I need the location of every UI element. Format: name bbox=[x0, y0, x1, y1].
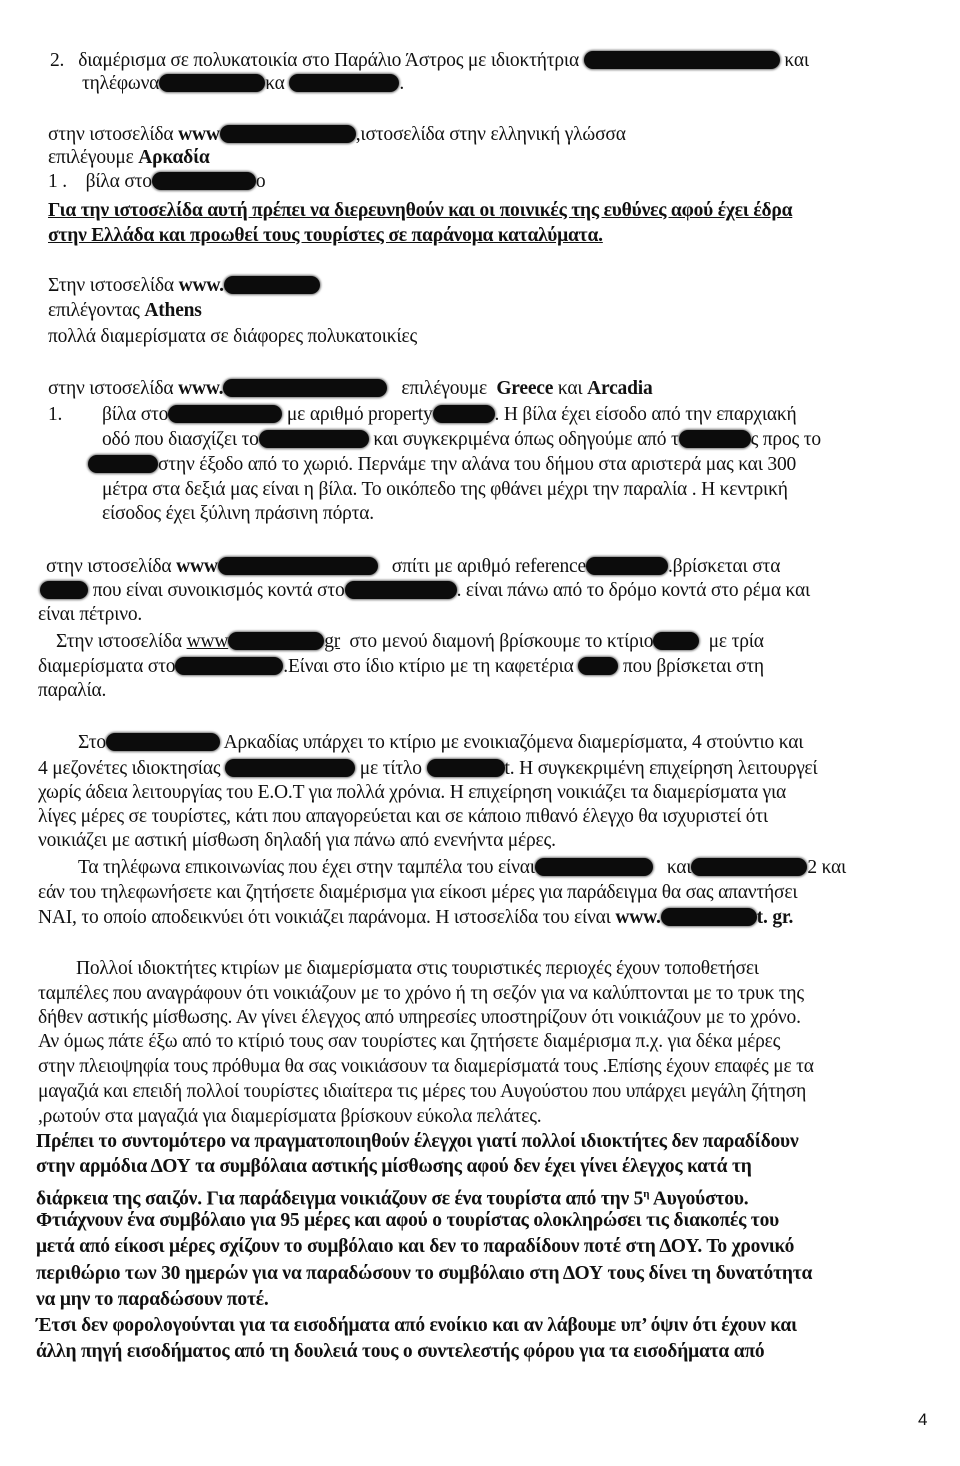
text: στην ιστοσελίδα bbox=[48, 124, 173, 145]
text: .Είναι στο ίδιο κτίριο με τη καφετέρια bbox=[283, 656, 573, 677]
list-number: 2. bbox=[50, 50, 64, 71]
redaction bbox=[218, 557, 378, 575]
text: οδό που διασχίζει το bbox=[102, 429, 259, 450]
building-para-line-4: λίγες μέρες σε τουρίστες, κάτι που απαγο… bbox=[38, 806, 768, 828]
redaction bbox=[433, 405, 495, 423]
site-3-item-line-1: βίλα στο με αριθμό property. Η βίλα έχει… bbox=[102, 404, 797, 426]
text: Αρκαδίας υπάρχει το κτίριο με ενοικιαζόμ… bbox=[224, 732, 804, 753]
site-1-line-1: στην ιστοσελίδα www,ιστοσελίδα στην ελλη… bbox=[48, 124, 626, 146]
owners-para-line-4: Αν όμως πάτε έξω από το κτίριό τους σαν … bbox=[38, 1031, 780, 1053]
redaction bbox=[427, 759, 505, 777]
site-3-item-line-2: οδό που διασχίζει το και συγκεκριμένα όπ… bbox=[102, 429, 821, 451]
site-2-line-2: επιλέγοντας Athens bbox=[48, 300, 202, 322]
text: και bbox=[558, 378, 583, 399]
text: 2 και bbox=[807, 857, 846, 878]
redaction bbox=[175, 657, 283, 675]
redaction bbox=[106, 733, 220, 751]
redaction bbox=[40, 581, 88, 599]
text: Τα τηλέφωνα επικοινωνίας που έχει στην τ… bbox=[78, 857, 535, 878]
building-para-line-1: Στο Αρκαδίας υπάρχει το κτίριο με ενοικι… bbox=[78, 732, 803, 754]
building-para-line-5: νοικιάζει με αστική μίσθωση δηλαδή για π… bbox=[38, 830, 556, 852]
warning-line-2: στην Ελλάδα και προωθεί τους τουρίστες σ… bbox=[48, 225, 603, 247]
redaction bbox=[88, 455, 158, 473]
text: που βρίσκεται στη bbox=[623, 656, 764, 677]
redaction bbox=[220, 125, 356, 143]
site-5-line-1: Στην ιστοσελίδα wwwgr στο μενού διαμονή … bbox=[56, 631, 764, 653]
bold-para-line-1: Πρέπει το συντομότερο να πραγματοποιηθού… bbox=[36, 1131, 798, 1153]
item-2-line-2: τηλέφωνακα . bbox=[82, 73, 404, 95]
text: στην ιστοσελίδα bbox=[48, 378, 173, 399]
country-name: Greece bbox=[496, 378, 553, 399]
website-prefix: www. bbox=[179, 275, 224, 296]
text: Στο bbox=[78, 732, 106, 753]
site-3-item-line-3: στην έξοδο από το χωριό. Περνάμε την αλά… bbox=[88, 454, 796, 476]
city-name: Athens bbox=[144, 300, 201, 321]
redaction bbox=[578, 657, 618, 675]
text: στο μενού διαμονή βρίσκουμε το κτίριο bbox=[349, 631, 653, 652]
text: ΝΑΙ, το οποίο αποδεικνύει ότι νοικιάζει … bbox=[38, 907, 611, 928]
site-1-item-1: 1 . βίλα στοο bbox=[48, 171, 265, 193]
text: με τίτλο bbox=[360, 758, 422, 779]
list-number: 1 . bbox=[48, 171, 67, 192]
text: στην ιστοσελίδα bbox=[46, 556, 171, 577]
website-prefix: www. bbox=[178, 378, 223, 399]
text: σπίτι με αριθμό reference bbox=[392, 556, 586, 577]
site-2-line-1: Στην ιστοσελίδα www. bbox=[48, 275, 320, 297]
website-prefix: www bbox=[176, 556, 218, 577]
bold-para-line-7: να μην το παραδώσουν ποτέ. bbox=[36, 1289, 269, 1311]
bold-para-line-3: διάρκεια της σαιζόν. Για παράδειγμα νοικ… bbox=[36, 1183, 748, 1211]
website-suffix: t. gr. bbox=[757, 907, 794, 928]
redaction bbox=[259, 430, 369, 448]
bold-para-line-8: Έτσι δεν φορολογούνται για τα εισοδήματα… bbox=[36, 1315, 797, 1337]
scanned-document-page: 2. διαμέρισμα σε πολυκατοικία στο Παράλι… bbox=[0, 0, 960, 1466]
text: ,ιστοσελίδα στην ελληνική γλώσσα bbox=[356, 124, 626, 145]
text: t. Η συγκεκριμένη επιχείρηση λειτουργεί bbox=[505, 758, 818, 779]
site-4-line-2: που είναι συνοικισμός κοντά στο. είναι π… bbox=[40, 580, 810, 602]
redaction bbox=[224, 276, 320, 294]
text: που είναι συνοικισμός κοντά στο bbox=[93, 580, 345, 601]
website-link-suffix[interactable]: gr bbox=[324, 631, 340, 652]
site-4-line-1: στην ιστοσελίδα www σπίτι με αριθμό refe… bbox=[46, 556, 780, 578]
redaction bbox=[653, 632, 699, 650]
bold-para-line-4: Φτιάχνουν ένα συμβόλαιο για 95 μέρες και… bbox=[36, 1210, 779, 1232]
text: και bbox=[667, 857, 692, 878]
site-3-line-1: στην ιστοσελίδα www. επιλέγουμε Greece κ… bbox=[48, 378, 653, 400]
redaction bbox=[345, 581, 457, 599]
redaction bbox=[691, 858, 807, 876]
redaction bbox=[159, 74, 265, 92]
text: και bbox=[784, 50, 809, 71]
text: με αριθμό property bbox=[287, 404, 433, 425]
owners-para-line-5: στην πλειοψηφία τους πρόθυμα θα σας νοικ… bbox=[38, 1056, 814, 1078]
warning-line-1: Για την ιστοσελίδα αυτή πρέπει να διερευ… bbox=[48, 200, 792, 222]
page-number: 4 bbox=[918, 1410, 927, 1430]
site-2-line-3: πολλά διαμερίσματα σε διάφορες πολυκατοι… bbox=[48, 326, 417, 348]
text: . Η βίλα έχει είσοδο από την επαρχιακή bbox=[495, 404, 797, 425]
text: Αυγούστου. bbox=[649, 1189, 748, 1210]
website-prefix: www. bbox=[615, 907, 660, 928]
region-name: Αρκαδία bbox=[138, 147, 209, 168]
building-para-line-7: εάν του τηλεφωνήσετε και ζητήσετε διαμέρ… bbox=[38, 882, 797, 904]
redaction bbox=[225, 759, 355, 777]
redaction bbox=[586, 557, 668, 575]
item-2-line-1: 2. διαμέρισμα σε πολυκατοικία στο Παράλι… bbox=[50, 50, 809, 72]
redaction bbox=[584, 51, 780, 69]
website-prefix: www bbox=[178, 124, 220, 145]
owners-para-line-3: δήθεν αστικής μίσθωσης. Αν γίνει έλεγχος… bbox=[38, 1007, 801, 1029]
text: Στην ιστοσελίδα bbox=[56, 631, 182, 652]
text: και συγκεκριμένα όπως οδηγούμε από τ bbox=[373, 429, 678, 450]
text: με τρία bbox=[709, 631, 764, 652]
redaction bbox=[152, 172, 256, 190]
bold-para-line-2: στην αρμόδια ΔΟΥ τα συμβόλαια αστικής μί… bbox=[36, 1156, 752, 1178]
text: επιλέγοντας bbox=[48, 300, 140, 321]
owners-para-line-2: ταμπέλες που αναγράφουν ότι νοικιάζουν μ… bbox=[38, 983, 804, 1005]
text: ς προς το bbox=[751, 429, 821, 450]
text: .βρίσκεται στα bbox=[668, 556, 780, 577]
text: στην έξοδο από το χωριό. Περνάμε την αλά… bbox=[158, 454, 796, 475]
redaction bbox=[168, 405, 282, 423]
site-5-line-3: παραλία. bbox=[38, 680, 106, 702]
building-para-line-6: Τα τηλέφωνα επικοινωνίας που έχει στην τ… bbox=[78, 857, 846, 879]
redaction bbox=[535, 858, 653, 876]
text: διαμέρισμα σε πολυκατοικία στο Παράλιο Ά… bbox=[78, 50, 579, 71]
owners-para-line-6: μαγαζιά και επειδή πολλοί τουρίστες ιδια… bbox=[38, 1081, 806, 1103]
redaction bbox=[289, 74, 399, 92]
text: βίλα στο bbox=[86, 171, 152, 192]
building-para-line-8: ΝΑΙ, το οποίο αποδεικνύει ότι νοικιάζει … bbox=[38, 907, 793, 929]
text: επιλέγουμε bbox=[48, 147, 134, 168]
owners-para-line-1: Πολλοί ιδιοκτήτες κτιρίων με διαμερίσματ… bbox=[76, 958, 759, 980]
building-para-line-3: χωρίς άδεια λειτουργίας του Ε.Ο.Τ για πο… bbox=[38, 782, 786, 804]
text: τηλέφωνα bbox=[82, 73, 159, 94]
bold-para-line-5: μετά από είκοσι μέρες σχίζουν το συμβόλα… bbox=[36, 1236, 794, 1258]
site-3-item-line-5: είσοδος έχει ξύλινη πράσινη πόρτα. bbox=[102, 503, 374, 525]
text: 4 μεζονέτες ιδιοκτησίας bbox=[38, 758, 220, 779]
redaction bbox=[679, 430, 751, 448]
building-para-line-2: 4 μεζονέτες ιδιοκτησίας με τίτλο t. Η συ… bbox=[38, 758, 817, 780]
text: διάρκεια της σαιζόν. Για παράδειγμα νοικ… bbox=[36, 1189, 643, 1210]
text: βίλα στο bbox=[102, 404, 168, 425]
redaction bbox=[223, 379, 387, 397]
bold-para-line-6: περιθώριο των 30 ημερών για να παραδώσου… bbox=[36, 1263, 812, 1285]
text: Στην ιστοσελίδα bbox=[48, 275, 174, 296]
text: κα bbox=[265, 73, 284, 94]
region-name: Arcadia bbox=[587, 378, 652, 399]
redaction bbox=[228, 632, 324, 650]
text: επιλέγουμε bbox=[401, 378, 487, 399]
site-4-line-3: είναι πέτρινο. bbox=[38, 604, 142, 626]
site-1-line-2: επιλέγουμε Αρκαδία bbox=[48, 147, 210, 169]
text: . είναι πάνω από το δρόμο κοντά στο ρέμα… bbox=[457, 580, 810, 601]
text: . bbox=[399, 73, 404, 94]
site-3-item-line-4: μέτρα στα δεξιά μας είναι η βίλα. Το οικ… bbox=[102, 479, 788, 501]
redaction bbox=[661, 908, 757, 926]
text: διαμερίσματα στο bbox=[38, 656, 175, 677]
bold-para-line-9: άλλη πηγή εισοδήματος από τη δουλειά του… bbox=[36, 1341, 765, 1363]
site-3-item-number: 1. bbox=[48, 404, 62, 426]
text: ο bbox=[256, 171, 266, 192]
site-5-line-2: διαμερίσματα στο.Είναι στο ίδιο κτίριο μ… bbox=[38, 656, 764, 678]
owners-para-line-7: ,ρωτούν στα μαγαζιά για διαμερίσματα βρί… bbox=[38, 1106, 541, 1128]
website-link[interactable]: www bbox=[187, 631, 229, 652]
